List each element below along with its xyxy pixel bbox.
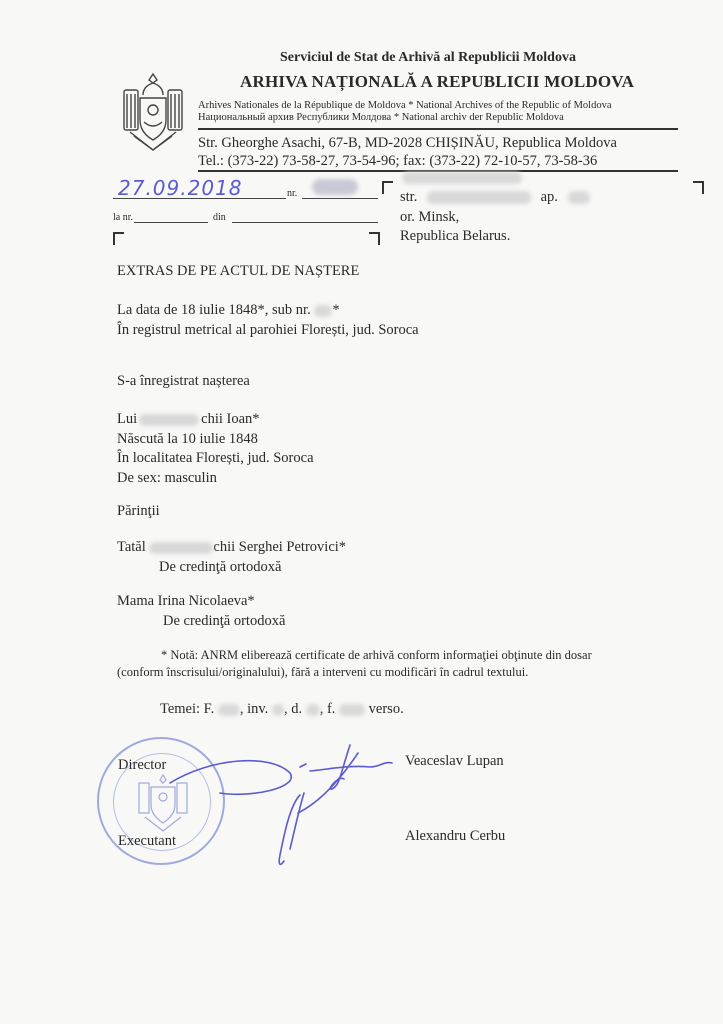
record-date-line: La data de 18 iulie 1848*, sub nr. * bbox=[117, 301, 419, 321]
redacted-record-number bbox=[314, 305, 332, 317]
birth-place: În localitatea Florești, jud. Soroca bbox=[117, 449, 314, 469]
mother-religion: De credinţă ortodoxă bbox=[117, 612, 285, 632]
issuing-service: Serviciul de Stat de Arhivă al Republici… bbox=[280, 50, 576, 66]
nr-label: nr. bbox=[287, 188, 297, 199]
institution-translations: Arhives Nationales de la République de M… bbox=[198, 100, 612, 124]
institution-address: Str. Gheorghe Asachi, 67-B, MD-2028 CHIȘ… bbox=[198, 134, 617, 170]
redacted-folio bbox=[339, 704, 365, 716]
note: * Notă: ANRM eliberează certificate de a… bbox=[117, 647, 592, 681]
la-nr-label: la nr. bbox=[113, 212, 133, 223]
street-label: str. bbox=[400, 189, 417, 205]
redacted-street bbox=[427, 191, 531, 204]
recipient-street-line: str. ap. bbox=[400, 188, 590, 208]
note-line-1: * Notă: ANRM eliberează certificate de a… bbox=[117, 647, 592, 664]
address-corner-tl bbox=[382, 181, 393, 194]
phones-line: Tel.: (373-22) 73-58-27, 73-54-96; fax: … bbox=[198, 152, 617, 170]
redacted-recipient-name bbox=[402, 172, 522, 184]
redacted-surname bbox=[139, 414, 199, 426]
mother-name: Mama Irina Nicolaeva* bbox=[117, 592, 285, 612]
child-name-line: Luichii Ioan* bbox=[117, 410, 314, 430]
apartment-label: ap. bbox=[541, 189, 558, 205]
nr-underline bbox=[302, 198, 378, 199]
institution-name: ARHIVA NAȚIONALĂ A REPUBLICII MOLDOVA bbox=[240, 72, 634, 92]
father-name-line: Tatăl chii Serghei Petrovici* bbox=[117, 538, 346, 558]
address-corner-tr bbox=[693, 181, 704, 194]
child-details: Luichii Ioan* Născută la 10 iulie 1848 Î… bbox=[117, 410, 314, 488]
recipient-city: or. Minsk, bbox=[400, 208, 590, 228]
handwritten-signatures bbox=[160, 735, 400, 875]
document-title: EXTRAS DE PE ACTUL DE NAȘTERE bbox=[117, 262, 359, 282]
executant-name: Alexandru Cerbu bbox=[405, 827, 505, 847]
redacted-apartment bbox=[568, 191, 590, 204]
din-underline bbox=[232, 222, 378, 223]
translations-line-2: Национальный архив Республики Молдова * … bbox=[198, 112, 612, 124]
date-underline bbox=[113, 198, 286, 199]
director-name: Veaceslav Lupan bbox=[405, 752, 504, 772]
record-info: La data de 18 iulie 1848*, sub nr. * În … bbox=[117, 301, 419, 340]
redacted-dossier bbox=[306, 704, 320, 716]
la-nr-underline bbox=[134, 222, 208, 223]
redacted-father-surname bbox=[149, 542, 213, 554]
address-line: Str. Gheorghe Asachi, 67-B, MD-2028 CHIȘ… bbox=[198, 134, 617, 152]
redacted-inventory bbox=[272, 704, 284, 716]
archival-basis: Temei: F. , inv. , d. , f. verso. bbox=[160, 700, 404, 720]
recipient-country: Republica Belarus. bbox=[400, 227, 590, 247]
parents-heading: Părinţii bbox=[117, 502, 160, 522]
handwritten-date: 27.09.2018 bbox=[118, 176, 243, 200]
bracket-corner-tl bbox=[113, 232, 124, 245]
father-details: Tatăl chii Serghei Petrovici* De credinţ… bbox=[117, 538, 346, 577]
recipient-address: str. ap. or. Minsk, Republica Belarus. bbox=[400, 188, 590, 247]
note-line-2: (conform înscrisului/originalului), fără… bbox=[117, 664, 592, 681]
father-religion: De credinţă ortodoxă bbox=[117, 558, 346, 578]
registered-heading: S-a înregistrat nașterea bbox=[117, 372, 250, 392]
coat-of-arms-icon bbox=[118, 70, 188, 154]
header-divider bbox=[198, 128, 678, 130]
register-line: În registrul metrical al parohiei Floreș… bbox=[117, 321, 419, 341]
bracket-corner-tr bbox=[369, 232, 380, 245]
redacted-nr bbox=[312, 179, 358, 195]
mother-details: Mama Irina Nicolaeva* De credinţă ortodo… bbox=[117, 592, 285, 631]
document-page: Serviciul de Stat de Arhivă al Republici… bbox=[0, 0, 723, 1024]
din-label: din bbox=[213, 212, 226, 223]
redacted-fond bbox=[218, 704, 240, 716]
sex: De sex: masculin bbox=[117, 469, 314, 489]
translations-line-1: Arhives Nationales de la République de M… bbox=[198, 100, 612, 112]
birth-date: Născută la 10 iulie 1848 bbox=[117, 430, 314, 450]
